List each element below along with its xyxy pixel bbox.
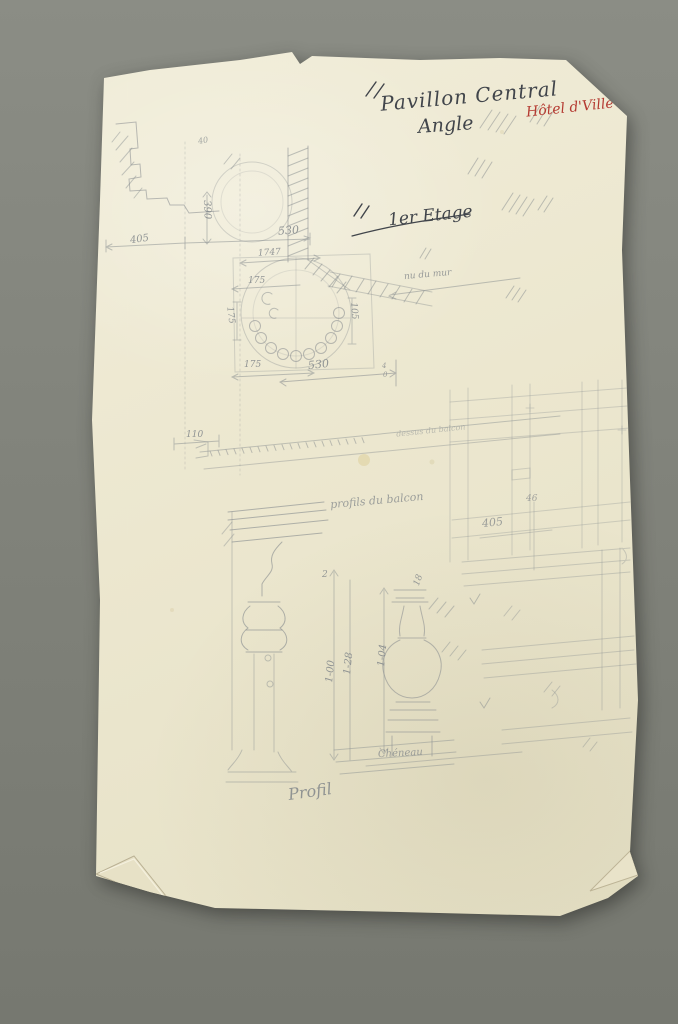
photo-background: Pavillon Central Angle Hôtel d'Ville 1er… bbox=[0, 0, 678, 1024]
paper-sheet: Pavillon Central Angle Hôtel d'Ville 1er… bbox=[82, 50, 644, 940]
measurement-40-top: 40 bbox=[197, 135, 209, 146]
measurement-390: 390 bbox=[201, 200, 213, 219]
measurement-128: 1-28 bbox=[342, 652, 355, 675]
gutter-note: Chéneau bbox=[378, 747, 423, 760]
fold-bottom-left-corner bbox=[96, 856, 174, 906]
measurement-530-top: 530 bbox=[278, 223, 300, 237]
measurement-175-a: 175 bbox=[248, 276, 265, 286]
measurement-4-stacked: 4 bbox=[382, 362, 386, 370]
measurement-405-right: 405 bbox=[481, 515, 503, 530]
measurement-530-lower: 530 bbox=[307, 357, 329, 372]
measurement-0-stacked: 0 bbox=[383, 371, 387, 379]
measurement-104: 1-04 bbox=[376, 644, 389, 667]
title-annotation-line2: Angle bbox=[417, 112, 474, 138]
ink-slashes-etage bbox=[354, 204, 369, 218]
measurement-100: 1-00 bbox=[324, 660, 337, 683]
measurement-46: 46 bbox=[526, 494, 537, 504]
measurement-175-b: 175 bbox=[244, 360, 261, 370]
measurement-110: 110 bbox=[186, 430, 203, 440]
measurement-1747: 1747 bbox=[258, 247, 282, 259]
fold-bottom-right-corner bbox=[590, 851, 638, 891]
measurement-2: 2 bbox=[322, 570, 328, 580]
stain-spot bbox=[358, 454, 370, 466]
measurement-105: 105 bbox=[348, 302, 359, 320]
